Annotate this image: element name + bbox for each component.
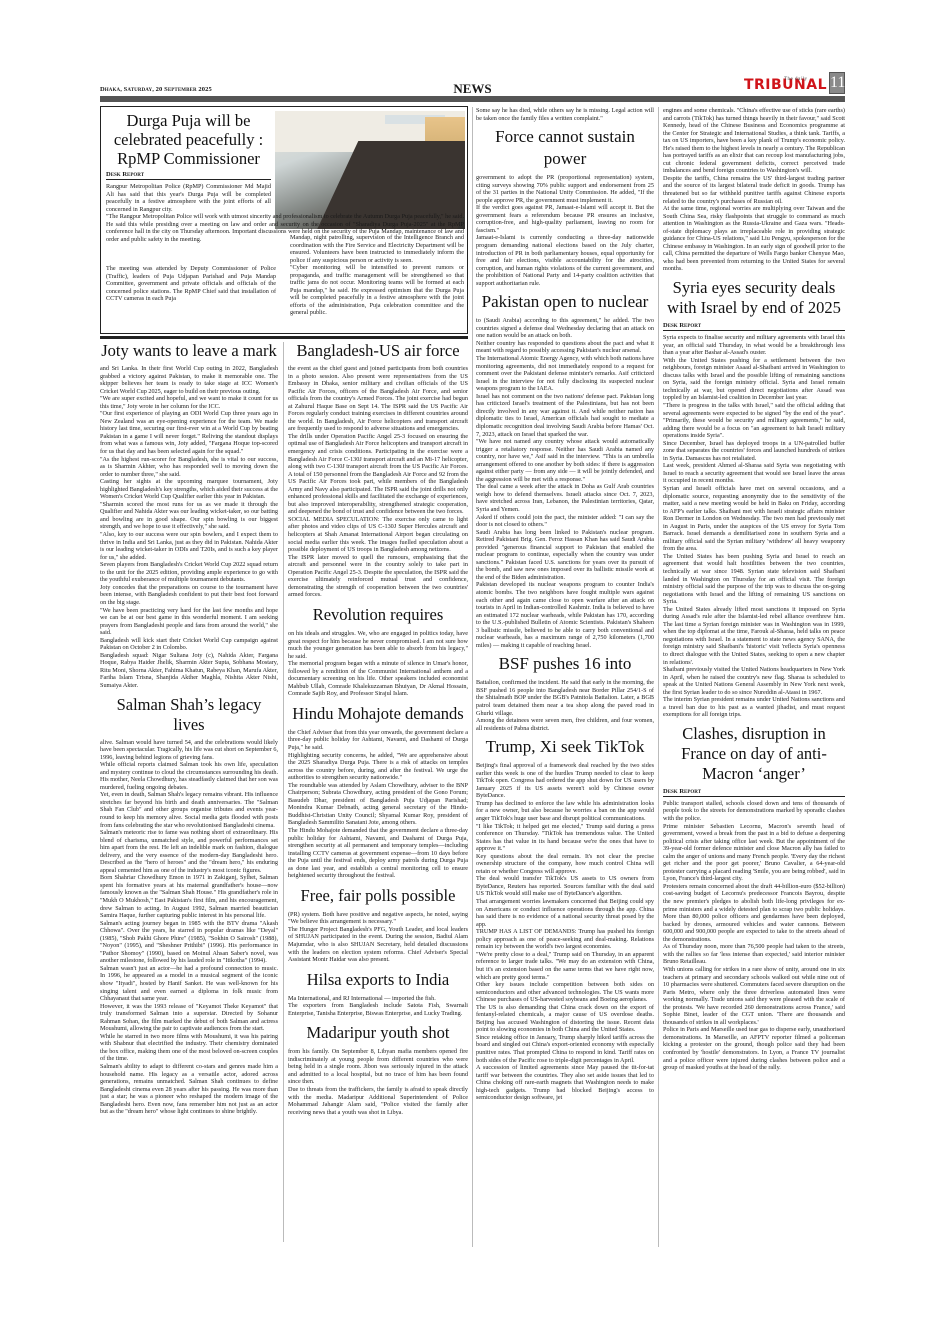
byline: Desk Report <box>106 171 271 180</box>
paragraph: Syrian and Israeli officials have met on… <box>663 485 845 553</box>
paragraph: The Hunger Project Bangladesh's PFG, You… <box>288 926 468 964</box>
paragraph: the Chief Adviser that from this year on… <box>288 729 468 752</box>
paragraph: on his ideals and struggles. We, who are… <box>288 630 468 660</box>
paragraph: Shaibani previously visited the United N… <box>663 666 845 696</box>
paragraph: Protesters remain concerned about the dr… <box>663 883 845 943</box>
section-title: NEWS <box>100 81 845 97</box>
newspaper-logo: The daily TRIBUNAL 11 <box>744 74 845 94</box>
paragraph: TRUMP HAS A LIST OF DEMANDS: Trump has p… <box>476 928 654 951</box>
paragraph: Bangladesh squad: Nigar Sultana Joty (c)… <box>100 652 278 690</box>
paragraph: Ma International, and RJ International —… <box>288 995 468 1003</box>
headline: Trump, Xi seek TikTok <box>476 736 654 758</box>
masthead: Dhaka, Saturday, 20 September 2025 NEWS … <box>100 74 845 96</box>
paragraph: Salman wasn't just an actor—he had a pro… <box>100 965 278 1003</box>
paragraph: "Cyber monitoring will be intensified to… <box>290 264 464 317</box>
paragraph: At the same time, regional worries are m… <box>663 205 845 273</box>
paragraph: The memorial program began with a minute… <box>288 660 468 698</box>
paragraph: Joty concedes that the preparations on c… <box>100 584 278 607</box>
headline: Durga Puja will be celebrated peacefully… <box>106 111 271 168</box>
paragraph: engines and some chemicals. "China's eff… <box>663 107 845 175</box>
paragraph: "Sharmin scored the most runs for us as … <box>100 501 278 531</box>
paragraph: While official reports claimed Salman to… <box>100 761 278 791</box>
headline: BSF pushes 16 into <box>476 653 654 675</box>
paragraph: "The Rangpur Metropolitan Police will wo… <box>106 213 464 243</box>
paragraph: Last week, president Ahmed al-Sharaa sai… <box>663 462 845 485</box>
paragraph: Highlighting security concerns, he added… <box>288 752 468 782</box>
paragraph: "We're pretty close to a deal," Trump sa… <box>476 951 654 981</box>
paragraph: "As the highest run-scorer for Banglades… <box>100 456 278 479</box>
paragraph: and Sri Lanka. In their first World Cup … <box>100 365 278 395</box>
paragraph: The ISPR later moved to quell the rumour… <box>288 554 468 599</box>
column-4: engines and some chemicals. "China's eff… <box>663 107 845 1257</box>
logo-tagline: The daily <box>784 71 808 89</box>
paragraph: "I like TikTok; it helped get me elected… <box>476 823 654 853</box>
paragraph: As of Thursday noon, more than 76,500 pe… <box>663 943 845 966</box>
paragraph: The drills under Operation Pacific Angel… <box>288 433 468 516</box>
paragraph: The deal came a week after the attack in… <box>476 483 654 513</box>
masthead-rule <box>100 96 845 102</box>
column-3: Some say he has died, while others say h… <box>476 107 654 1257</box>
paragraph: A succession of limited agreements since… <box>476 1064 654 1102</box>
paragraph: alive. Salman would have turned 54, and … <box>100 739 278 762</box>
paragraph: That arrangement worries lawmakers conce… <box>476 898 654 928</box>
headline: Joty wants to leave a mark <box>100 341 278 361</box>
paragraph: SOCIAL MEDIA SPECULATION: The exercise o… <box>288 516 468 554</box>
paragraph: Salman's acting journey began in 1985 wi… <box>100 920 278 965</box>
paragraph: If the verdict goes against PR, Jamaat-e… <box>476 204 654 234</box>
headline: Pakistan open to nuclear <box>476 291 654 313</box>
paragraph: The interim Syrian president remains und… <box>663 696 845 719</box>
paragraph: Casting her sights at the upcoming marqu… <box>100 478 278 501</box>
paragraph: With the United States pushing for a set… <box>663 357 845 402</box>
paragraph: Battalion, confirmed the incident. He sa… <box>476 679 654 717</box>
paragraph: Saudi Arabia has long been linked to Pak… <box>476 529 654 582</box>
paragraph: The International Atomic Energy Agency, … <box>476 355 654 393</box>
section-rule <box>100 336 468 339</box>
paragraph: With unions calling for strikes in a rar… <box>663 966 845 1026</box>
paragraph: "Our first experience of playing an ODI … <box>100 410 278 455</box>
meeting-photo <box>275 111 465 229</box>
paragraph: Key questions about the deal remain. It'… <box>476 853 654 876</box>
headline: Hindu Mohajote demands <box>288 704 468 724</box>
headline: Force cannot sustain power <box>476 126 654 170</box>
paragraph: While he starred in two more films with … <box>100 1033 278 1063</box>
paragraph: "We have not named any country whose att… <box>476 438 654 483</box>
paragraph: to (Saudi Arabia) according to this agre… <box>476 317 654 340</box>
column-divider <box>472 107 473 1247</box>
paragraph: Salman's meteoric rise to fame was nothi… <box>100 829 278 874</box>
headline: Syria eyes security deals with Israel by… <box>663 278 845 318</box>
headline: Salman Shah’s legacy lives <box>100 695 278 735</box>
paragraph: Seven players from Bangladesh's Cricket … <box>100 561 278 584</box>
headline: Hilsa exports to India <box>288 970 468 990</box>
paragraph: the event as the chief guest and joined … <box>288 365 468 433</box>
paragraph: Due to threats from the traffickers, the… <box>288 1086 468 1116</box>
paragraph: Prime minister Sebastien Lecornu, Macron… <box>663 823 845 883</box>
paragraph: Yet, even in death, Salman Shah's legacy… <box>100 791 278 829</box>
paragraph: The United States has been pushing Syria… <box>663 553 845 606</box>
paragraph: Neither country has responded to questio… <box>476 340 654 355</box>
paragraph: The Hindu Mohajote demanded that the gov… <box>288 827 468 880</box>
paragraph: Born Shahriar Chowdhury Emon in 1971 in … <box>100 874 278 919</box>
paragraph: Since retaking office in January, Trump … <box>476 1034 654 1064</box>
byline: Desk Report <box>663 322 845 331</box>
paragraph: However, it was the 1993 release of "Key… <box>100 1003 278 1033</box>
paragraph: Pakistan developed its nuclear weapons p… <box>476 581 654 649</box>
newspaper-page: Dhaka, Saturday, 20 September 2025 NEWS … <box>100 0 845 1336</box>
paragraph: Some say he has died, while others say h… <box>476 107 654 122</box>
paragraph: Syria expects to finalise security and m… <box>663 334 845 357</box>
paragraph: Israel has not comment on the two nation… <box>476 393 654 438</box>
paragraph: The exporters from Bangladesh include Sa… <box>288 1002 468 1017</box>
headline: Revolution requires <box>288 605 468 625</box>
paragraph: Asked if others could join the pact, the… <box>476 514 654 529</box>
paragraph: "Also, key to our success were our spin … <box>100 531 278 561</box>
paragraph: The roundtable was attended by Aslam Cho… <box>288 782 468 827</box>
paragraph: Despite the tariffs, China remains the U… <box>663 175 845 205</box>
paragraph: The meeting was attended by Deputy Commi… <box>106 265 276 303</box>
paragraph: Salman's ability to adapt to different c… <box>100 1063 278 1116</box>
headline: Madaripur youth shot <box>288 1023 468 1043</box>
column-divider <box>658 107 659 1247</box>
paragraph: Rangpur Metropolitan Police (RpMP) Commi… <box>106 183 271 213</box>
paragraph: Since December, Israel has deployed troo… <box>663 440 845 463</box>
paragraph: "We are super excited and hopeful, and w… <box>100 395 278 410</box>
paragraph: from his family. On September 8, Libyan … <box>288 1048 468 1086</box>
headline: Clashes, disruption in France on day of … <box>673 724 835 784</box>
paragraph: The deal would transfer TikTok's US asse… <box>476 875 654 898</box>
logo-wordmark: The daily TRIBUNAL <box>744 76 827 94</box>
column-1: Joty wants to leave a mark and Sri Lanka… <box>100 341 278 1271</box>
paragraph: Beijing's final approval of a framework … <box>476 762 654 800</box>
paragraph: Among the detainees were seven men, five… <box>476 717 654 732</box>
headline: Bangladesh-US air force <box>288 341 468 361</box>
paragraph: Jamaat-e-Islami is currently conducting … <box>476 234 654 287</box>
paragraph: The US is also demanding that China crac… <box>476 1004 654 1034</box>
column-divider <box>283 342 284 1242</box>
paragraph: Police in Paris and Marseille used tear … <box>663 1026 845 1071</box>
paragraph: Trump has declined to enforce the law wh… <box>476 800 654 823</box>
article-durga-puja: Durga Puja will be celebrated peacefully… <box>100 106 468 334</box>
byline: Desk Report <box>663 788 845 797</box>
page-number: 11 <box>829 72 845 94</box>
paragraph: Public transport stalled, schools closed… <box>663 800 845 823</box>
paragraph: "We have been practicing very hard for t… <box>100 607 278 637</box>
column-2: Bangladesh-US air force the event as the… <box>288 341 468 1271</box>
paragraph: The United States already lifted most sa… <box>663 606 845 666</box>
paragraph: "There is progress in the talks with Isr… <box>663 402 845 440</box>
headline: Free, fair polls possible <box>288 886 468 906</box>
paragraph: government to adopt the PR (proportional… <box>476 174 654 204</box>
paragraph: Other key issues include competition bet… <box>476 981 654 1004</box>
paragraph: (PR) system. Both have positive and nega… <box>288 911 468 926</box>
paragraph: Bangladesh will kick start their Cricket… <box>100 637 278 652</box>
